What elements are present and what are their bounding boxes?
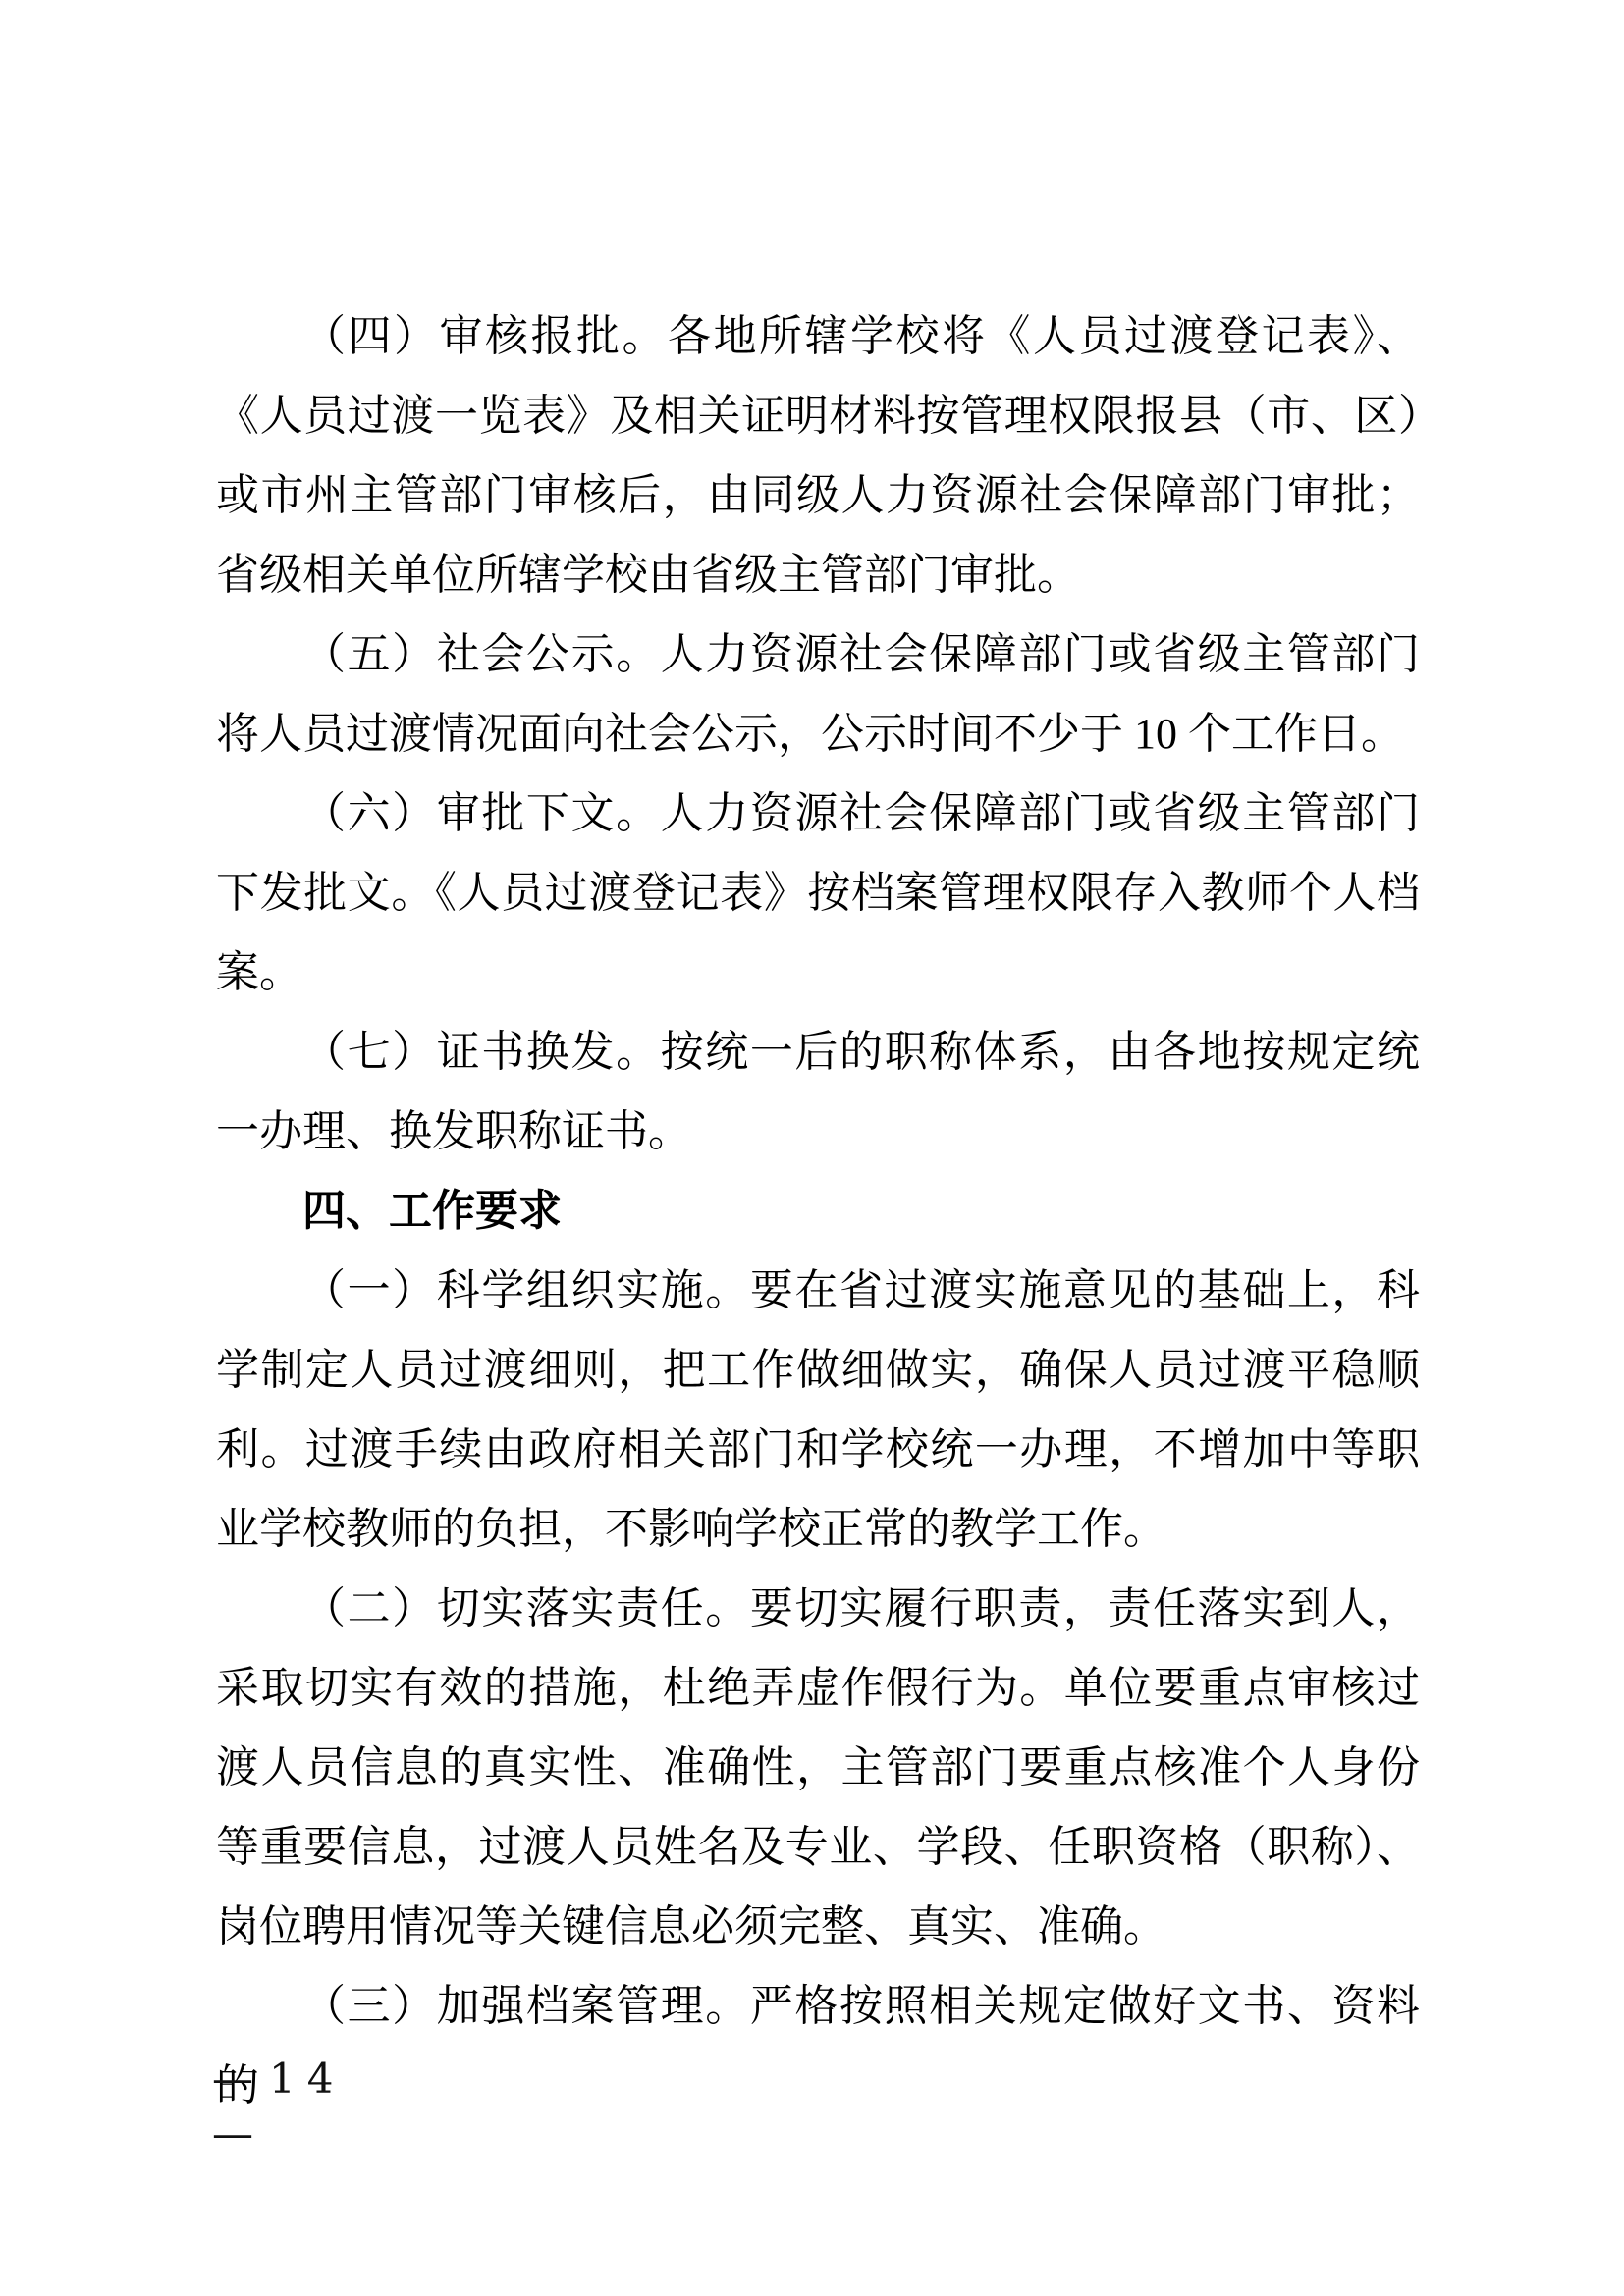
page-number-line: —14 xyxy=(212,2052,345,2107)
paragraph-5-shehui-gongshi: （五）社会公示。人力资源社会保障部门或省级主管部门将人员过渡情况面向社会公示，公… xyxy=(216,614,1420,774)
section-heading-gongzuo-yaoqiu: 四、工作要求 xyxy=(216,1171,1420,1251)
page-number-dash-left: — xyxy=(212,2055,253,2103)
paragraph-7-zhengshu-huanfa: （七）证书换发。按统一后的职称体系，由各地按规定统一办理、换发职称证书。 xyxy=(216,1012,1420,1171)
document-page: （四）审核报批。各地所辖学校将《人员过渡登记表》、《人员过渡一览表》及相关证明材… xyxy=(0,0,1624,2296)
paragraph-6-shenpi-xiawen: （六）审批下文。人力资源社会保障部门或省级主管部门下发批文。《人员过渡登记表》按… xyxy=(216,774,1420,1012)
paragraph-4-shenhe-baopi: （四）审核报批。各地所辖学校将《人员过渡登记表》、《人员过渡一览表》及相关证明材… xyxy=(216,296,1420,614)
page-number: 14 xyxy=(269,2055,345,2103)
document-body: （四）审核报批。各地所辖学校将《人员过渡登记表》、《人员过渡一览表》及相关证明材… xyxy=(216,296,1420,2125)
paragraph-3-jiaqiang-dangan: （三）加强档案管理。严格按照相关规定做好文书、资料的 xyxy=(216,1966,1420,2125)
page-footer: —14 — xyxy=(212,2052,345,2162)
paragraph-1-kexue-zuzhi: （一）科学组织实施。要在省过渡实施意见的基础上，科学制定人员过渡细则，把工作做细… xyxy=(216,1251,1420,1569)
paragraph-2-qieshi-luoshi: （二）切实落实责任。要切实履行职责，责任落实到人，采取切实有效的措施，杜绝弄虚作… xyxy=(216,1569,1420,1966)
page-number-dash-wrapped: — xyxy=(212,2107,345,2162)
